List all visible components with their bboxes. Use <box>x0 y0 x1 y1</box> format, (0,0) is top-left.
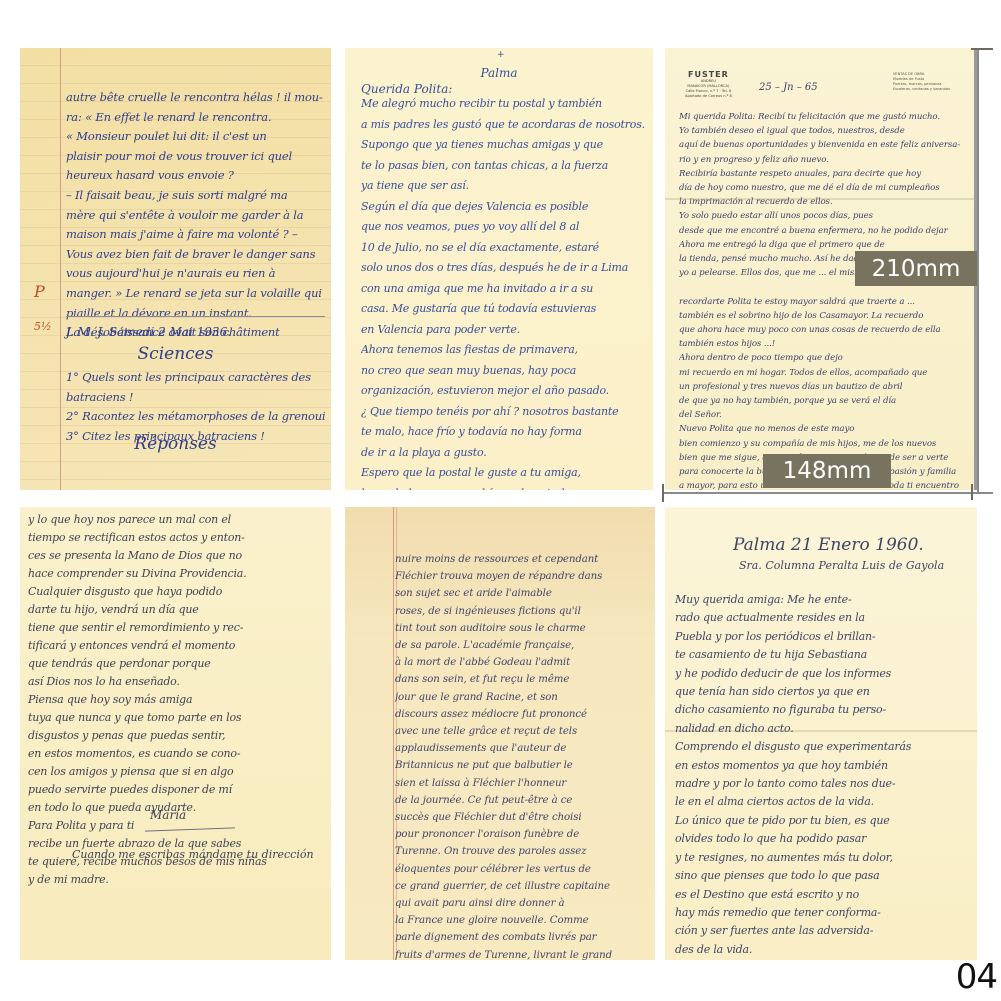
text-line: casa. Me gustaría que tú todavía estuvie… <box>361 299 645 320</box>
text-line: te casamiento de tu hija Sebastiana <box>675 646 969 664</box>
text-line: Comprendo el disgusto que experimentarás <box>675 738 969 756</box>
text-line: Supongo que ya tienes muchas amigas y qu… <box>361 135 645 156</box>
text-line: fruits d'armes de Turenne, livrant le gr… <box>395 947 649 960</box>
text-line: autre bête cruelle le rencontra hélas ! … <box>66 88 325 108</box>
section-divider <box>66 316 325 317</box>
text-line: son sujet sec et aride l'aimable <box>395 585 649 602</box>
text-line: roses, de si ingénieuses fictions qu'il <box>395 603 649 620</box>
text-line: qui avait paru ainsi dire donner à <box>395 895 649 912</box>
text-line: que nos veamos, pues yo voy allí del 8 a… <box>361 217 645 238</box>
letter-panel-maria: y lo que hoy nos parece un mal con eltie… <box>20 507 331 960</box>
text-line: tiempo se rectifican estos actos y enton… <box>28 529 325 547</box>
letter-recipient: Sra. Columna Peralta Luis de Gayola <box>739 559 944 572</box>
text-line: à la mort de l'abbé Godeau l'admit <box>395 654 649 671</box>
width-dimension-tick-left <box>662 484 664 502</box>
text-line: des de la vida. <box>675 941 969 959</box>
height-dimension-line <box>977 48 979 493</box>
width-dimension-tick-right <box>971 484 973 500</box>
text-line: avec une telle grâce et reçut de tels <box>395 723 649 740</box>
text-line: manger. » Le renard se jeta sur la volai… <box>66 284 325 304</box>
text-line: ces se presenta la Mano de Dios que no <box>28 547 325 565</box>
text-line: cen los amigos y piensa que si en algo <box>28 763 325 781</box>
text-line: del Señor. <box>679 408 960 422</box>
text-line: en Valencia para poder verte. <box>361 320 645 341</box>
letterhead: FUSTER ANDREUMANACOR (MALLORCA)Calle Fra… <box>685 70 732 99</box>
letter-heading: Palma 21 Enero 1960. <box>733 535 924 555</box>
text-line: tint tout son auditoire sous le charme <box>395 620 649 637</box>
answers-heading: Réponses <box>20 434 331 454</box>
text-line: ción y ser fuertes ante las adversida- <box>675 922 969 940</box>
handwritten-text: Muy querida amiga: Me he ente-rado que a… <box>675 591 969 960</box>
letterhead-brand: FUSTER <box>685 70 732 79</box>
text-line: aquí de buenas oportunidades y bienvenid… <box>679 138 960 152</box>
text-line: puedo servirte puedes disponer de mí <box>28 781 325 799</box>
text-line: Me alegró mucho recibir tu postal y tamb… <box>361 94 645 115</box>
text-line: te malo, hace frío y todavía no hay form… <box>361 422 645 443</box>
text-line: ¿ Que tiempo tenéis por ahí ? nosotros b… <box>361 402 645 423</box>
text-line: sien et laissa à Fléchier l'honneur <box>395 775 649 792</box>
text-line: la imprimación al recuerdo de ellos. <box>679 195 960 209</box>
handwritten-text: Mi querida Polita: Recibí tu felicitació… <box>679 110 960 490</box>
text-line: mère qui s'entête à vouloir me garder à … <box>66 206 325 226</box>
text-line: darte tu hijo, vendrá un día que <box>28 601 325 619</box>
text-line: sino que pienses que todo lo que pasa <box>675 867 969 885</box>
postscript: Cuando me escribas mándame tu dirección <box>72 848 314 861</box>
text-line: que ahora hace muy poco con unas cosas d… <box>679 323 960 337</box>
letterhead-address: ANDREUMANACOR (MALLORCA)Calle Franco, n.… <box>685 79 732 99</box>
red-margin-line <box>60 48 61 490</box>
letter-panel-french-exercise: autre bête cruelle le rencontra hélas ! … <box>20 48 331 490</box>
text-line: plaisir pour moi de vous trouver ici que… <box>66 147 325 167</box>
text-line: y te resignes, no aumentes más tu dolor, <box>675 849 969 867</box>
text-line: Ahora tenemos las fiestas de primavera, <box>361 340 645 361</box>
width-dimension-line <box>663 492 993 494</box>
text-line: éloquentes pour célébrer les vertus de <box>395 861 649 878</box>
section-heading: Sciences <box>20 344 331 364</box>
text-line: tiene que sentir el remordimiento y rec- <box>28 619 325 637</box>
text-line: que tendrás que perdonar porque <box>28 655 325 673</box>
text-line: jour que le grand Racine, et son <box>395 689 649 706</box>
text-line: Britannicus ne put que balbutier le <box>395 757 649 774</box>
text-line: solo unos dos o tres días, después he de… <box>361 258 645 279</box>
text-line: que tenía han sido ciertos ya que en <box>675 683 969 701</box>
text-line: no creo que sean muy buenas, hay poca <box>361 361 645 382</box>
text-line: y de mi madre. <box>28 871 325 889</box>
text-line: Muy querida amiga: Me he ente- <box>675 591 969 609</box>
text-line: tuya que nunca y que tomo parte en los <box>28 709 325 727</box>
text-line: succès que Fléchier dut d'être choisi <box>395 809 649 826</box>
text-line: Lo único que te pido por tu bien, es que <box>675 812 969 830</box>
text-line: de la journée. Ce fut peut-être à ce <box>395 792 649 809</box>
text-line: ce grand guerrier, de cet illustre capit… <box>395 878 649 895</box>
text-line: Recibiría bastante respeto anuales, para… <box>679 167 960 181</box>
letterhead-line: Escaleras, ventanas y barandas <box>893 87 950 92</box>
text-line: disgustos y penas que puedas sentir, <box>28 727 325 745</box>
text-line: nuire moins de ressources et cependant <box>395 551 649 568</box>
text-line: te lo pasas bien, con tantas chicas, a l… <box>361 156 645 177</box>
teacher-grade: 5½ <box>34 320 52 333</box>
text-line: maison mais j'aime à faire ma volonté ? … <box>66 225 325 245</box>
text-line: Ahora dentro de poco tiempo que dejo <box>679 351 960 365</box>
text-line: Piensa que hay un refrán que dice <box>675 959 969 960</box>
text-line: bien comienzo y su compañía de mis hijos… <box>679 437 960 451</box>
text-line: heureux hasard vous envoie ? <box>66 166 325 186</box>
text-line: nalidad en dicho acto. <box>675 720 969 738</box>
text-line: con una amiga que me ha invitado a ir a … <box>361 279 645 300</box>
text-line: vous aujourd'hui je n'aurais eu rien à <box>66 264 325 284</box>
text-line: piaille et la dévore en un instant. <box>66 304 325 324</box>
text-line: desde que me encontré a buena enfermera,… <box>679 224 960 238</box>
question-line: batraciens ! <box>66 388 325 408</box>
question-line: 1° Quels sont les principaux caractères … <box>66 368 325 388</box>
text-line: pour prononcer l'oraison funèbre de <box>395 826 649 843</box>
text-line: Turenne. On trouve des paroles assez <box>395 843 649 860</box>
handwritten-text: nuire moins de ressources et cependantFl… <box>395 551 649 960</box>
question-line: 2° Racontez les métamorphoses de la gren… <box>66 407 325 427</box>
sheet-number: 04 <box>956 957 997 997</box>
text-line: en estos momentos ya que hoy también <box>675 757 969 775</box>
handwritten-text: Me alegró mucho recibir tu postal y tamb… <box>361 94 645 490</box>
text-line: también es el sobrino hijo de los Casama… <box>679 309 960 323</box>
letterhead-line: Apartado de Correos n.º 8 <box>685 94 732 99</box>
text-line: Fléchier trouva moyen de répandre dans <box>395 568 649 585</box>
text-line: dicho casamiento no figuraba tu perso- <box>675 701 969 719</box>
signature: María <box>150 808 186 822</box>
width-dimension-label: 148mm <box>763 454 891 488</box>
text-line: discours assez médiocre fut prononcé <box>395 706 649 723</box>
text-line: tificará y entonces vendrá el momento <box>28 637 325 655</box>
text-line: hace comprender su Divina Providencia. <box>28 565 325 583</box>
text-line: Según el día que dejes Valencia es posib… <box>361 197 645 218</box>
text-line: un profesional y tres nuevos días un bau… <box>679 380 960 394</box>
text-line: también estos hijos ...! <box>679 337 960 351</box>
text-line: en estos momentos, es cuando se cono- <box>28 745 325 763</box>
text-line: y lo que hoy nos parece un mal con el <box>28 511 325 529</box>
text-line: Yo solo puedo estar allí unos pocos días… <box>679 209 960 223</box>
text-line: dans son sein, et fut reçu le même <box>395 671 649 688</box>
text-line: Cualquier disgusto que haya podido <box>28 583 325 601</box>
text-line: Mi querida Polita: Recibí tu felicitació… <box>679 110 960 124</box>
text-line: ya tiene que ser así. <box>361 176 645 197</box>
text-line: « Monsieur poulet lui dit: il c'est un <box>66 127 325 147</box>
text-line: día de hoy como nuestro, que me dé el dí… <box>679 181 960 195</box>
text-line: y he podido deducir de que los informes <box>675 665 969 683</box>
text-line: así Dios nos lo ha enseñado. <box>28 673 325 691</box>
text-line: a mis padres les gustó que te acordaras … <box>361 115 645 136</box>
letter-panel-palma-1960: Palma 21 Enero 1960. Sra. Columna Peralt… <box>665 507 977 960</box>
letter-panel-flechier: nuire moins de ressources et cependantFl… <box>345 507 655 960</box>
text-line: la France une gloire nouvelle. Comme <box>395 912 649 929</box>
text-line: organización, estuvieron mejor el año pa… <box>361 381 645 402</box>
text-line: – Il faisait beau, je suis sorti malgré … <box>66 186 325 206</box>
handwritten-text: autre bête cruelle le rencontra hélas ! … <box>66 88 325 343</box>
text-line: le en el alma ciertos actos de la vida. <box>675 793 969 811</box>
letter-panel-palma: + Palma Querida Polita: Me alegró mucho … <box>345 48 653 490</box>
text-line: rio y en progreso y feliz año nuevo. <box>679 153 960 167</box>
height-dimension-tick <box>971 48 993 50</box>
text-line: de sa parole. L'académie française, <box>395 637 649 654</box>
text-line: la verdad es que no sabía cual enviarle,… <box>361 484 645 491</box>
text-line: Nuevo Polita que no menos de este mayo <box>679 422 960 436</box>
text-line: es el Destino que está escrito y no <box>675 886 969 904</box>
text-line: Yo también deseo el igual que todos, nue… <box>679 124 960 138</box>
text-line: hay más remedio que tener conforma- <box>675 904 969 922</box>
cross-mark: + <box>497 50 505 60</box>
text-line: Puebla y por los periódicos el brillan- <box>675 628 969 646</box>
text-line: rado que actualmente resides en la <box>675 609 969 627</box>
dateline: J. M. J. Samedi 2 Mai 1936. <box>66 325 231 339</box>
handwritten-text: y lo que hoy nos parece un mal con eltie… <box>28 511 325 889</box>
text-line: Espero que la postal le guste a tu amiga… <box>361 463 645 484</box>
letter-date: 25 – Jn – 65 <box>759 82 818 93</box>
red-margin-line <box>393 507 394 960</box>
text-line: applaudissements que l'auteur de <box>395 740 649 757</box>
text-line: mi recuerdo en mi hogar. Todos de ellos,… <box>679 366 960 380</box>
text-line: recordarte Polita te estoy mayor saldrá … <box>679 295 960 309</box>
text-line: 10 de Julio, no se el día exactamente, e… <box>361 238 645 259</box>
text-line: Piensa que hoy soy más amiga <box>28 691 325 709</box>
letter-place: Palma <box>345 66 653 80</box>
text-line: parle dignement des combats livrés par <box>395 929 649 946</box>
teacher-mark: P <box>34 282 45 301</box>
text-line: Ahora me entregó la diga que el primero … <box>679 238 960 252</box>
text-line: olvides todo lo que ha podido pasar <box>675 830 969 848</box>
text-line: madre y por lo tanto como tales nos due- <box>675 775 969 793</box>
text-line: de ir a la playa a gusto. <box>361 443 645 464</box>
height-dimension-label: 210mm <box>855 251 977 286</box>
text-line: de que ya no hay también, porque ya se v… <box>679 394 960 408</box>
text-line: ra: « En effet le renard le rencontra. <box>66 108 325 128</box>
text-line: Vous avez bien fait de braver le danger … <box>66 245 325 265</box>
letterhead-services: VENTAS DE OBRAMuebles de FustaPuertas, m… <box>893 72 950 92</box>
